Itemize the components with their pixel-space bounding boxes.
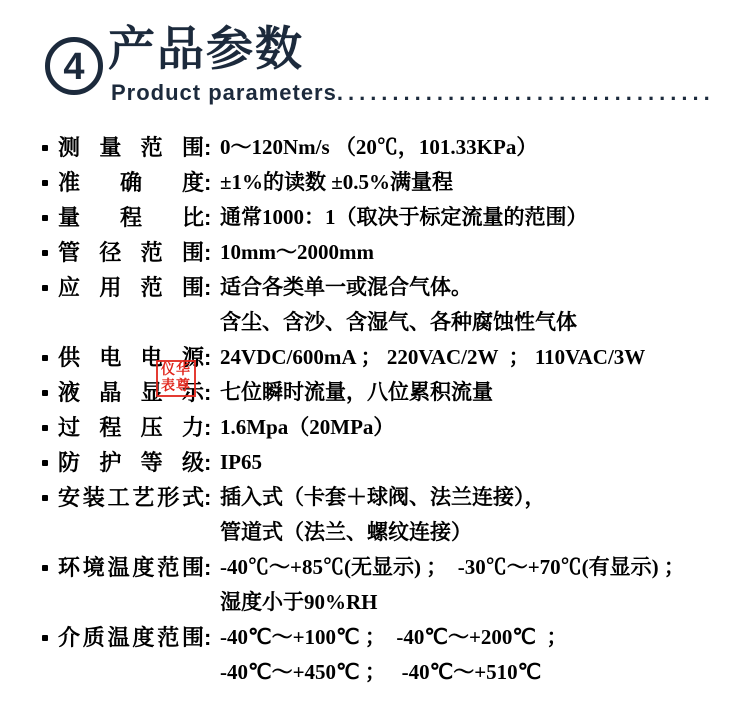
bullet-icon: [40, 200, 58, 235]
spec-label-cell: 准确度:: [58, 165, 220, 200]
watermark-line2: 表尊: [158, 378, 194, 394]
spec-row: 量程比: 通常1000：1（取决于标定流量的范围）: [40, 200, 735, 235]
spec-lines: 通常1000：1（取决于标定流量的范围）: [220, 200, 735, 235]
spec-label-cell: 环境温度范围:: [58, 550, 220, 585]
spec-value-line: 含尘、含沙、含湿气、各种腐蚀性气体: [220, 305, 735, 340]
spec-lines: 插入式（卡套＋球阀、法兰连接），管道式（法兰、螺纹连接）: [220, 480, 735, 550]
section-number-badge: 4: [45, 37, 103, 95]
spec-label-cell: 安装工艺形式:: [58, 480, 220, 515]
spec-row: 测量范围: 0～120Nm/s （20℃，101.33KPa）: [40, 130, 735, 165]
bullet-icon: [40, 620, 58, 655]
spec-colon: :: [204, 130, 211, 165]
leader-dots: ........................................…: [337, 81, 711, 105]
bullet-icon: [40, 410, 58, 445]
spec-value-line: 管道式（法兰、螺纹连接）: [220, 515, 735, 550]
spec-label: 安装工艺形式: [58, 480, 204, 515]
spec-row: 管径范围: 10mm～2000mm: [40, 235, 735, 270]
spec-lines: IP65: [220, 445, 735, 480]
spec-value-line: -40℃～+100℃ ； -40℃～+200℃ ；: [220, 620, 735, 655]
spec-value-line: 插入式（卡套＋球阀、法兰连接），: [220, 480, 735, 515]
spec-colon: :: [204, 445, 211, 480]
spec-value-line: -40℃～+85℃(无显示) ； -30℃～+70℃(有显示) ；: [220, 550, 735, 585]
spec-colon: :: [204, 480, 211, 515]
spec-colon: :: [204, 200, 211, 235]
spec-label: 环境温度范围: [58, 550, 204, 585]
page-subtitle: Product parameters: [111, 81, 337, 105]
spec-value-line: 24VDC/600mA ； 220VAC/2W ； 110VAC/3W: [220, 340, 735, 375]
spec-lines: 七位瞬时流量，八位累积流量: [220, 375, 735, 410]
spec-label-cell: 量程比:: [58, 200, 220, 235]
bullet-icon: [40, 445, 58, 480]
product-parameters-page: 4 产品参数 Product parameters...............…: [0, 0, 749, 712]
spec-row: 环境温度范围: -40℃～+85℃(无显示) ； -30℃～+70℃(有显示) …: [40, 550, 735, 620]
spec-value-line: 湿度小于90%RH: [220, 585, 735, 620]
spec-lines: 24VDC/600mA ； 220VAC/2W ； 110VAC/3W: [220, 340, 735, 375]
spec-row: 液晶显示: 七位瞬时流量，八位累积流量: [40, 375, 735, 410]
spec-value-line: 10mm～2000mm: [220, 235, 735, 270]
spec-row: 供电电源: 24VDC/600mA ； 220VAC/2W ； 110VAC/3…: [40, 340, 735, 375]
spec-colon: :: [204, 375, 211, 410]
spec-row: 准确度: ±1%的读数 ±0.5%满量程: [40, 165, 735, 200]
spec-lines: 适合各类单一或混合气体。含尘、含沙、含湿气、各种腐蚀性气体: [220, 270, 735, 340]
spec-lines: 1.6Mpa（20MPa）: [220, 410, 735, 445]
spec-row: 应用范围: 适合各类单一或混合气体。含尘、含沙、含湿气、各种腐蚀性气体: [40, 270, 735, 340]
spec-value-line: IP65: [220, 445, 735, 480]
spec-colon: :: [204, 620, 211, 655]
spec-lines: -40℃～+85℃(无显示) ； -30℃～+70℃(有显示) ；湿度小于90%…: [220, 550, 735, 620]
bullet-icon: [40, 375, 58, 410]
section-number: 4: [63, 48, 84, 86]
spec-label-cell: 管径范围:: [58, 235, 220, 270]
spec-lines: -40℃～+100℃ ； -40℃～+200℃ ；-40℃～+450℃ ； -4…: [220, 620, 735, 690]
watermark-line1: 仪华: [158, 362, 194, 378]
bullet-icon: [40, 165, 58, 200]
spec-list: 测量范围: 0～120Nm/s （20℃，101.33KPa） 准确度: ±1%…: [40, 130, 735, 690]
bullet-icon: [40, 235, 58, 270]
spec-label: 防护等级: [58, 445, 204, 480]
page-subtitle-row: Product parameters......................…: [111, 81, 711, 105]
spec-row: 安装工艺形式: 插入式（卡套＋球阀、法兰连接），管道式（法兰、螺纹连接）: [40, 480, 735, 550]
bullet-icon: [40, 480, 58, 515]
spec-label: 应用范围: [58, 270, 204, 305]
spec-value-line: 适合各类单一或混合气体。: [220, 270, 735, 305]
spec-label-cell: 防护等级:: [58, 445, 220, 480]
spec-label-cell: 过程压力:: [58, 410, 220, 445]
spec-label-cell: 应用范围:: [58, 270, 220, 305]
spec-colon: :: [204, 270, 211, 305]
spec-value-line: 通常1000：1（取决于标定流量的范围）: [220, 200, 735, 235]
bullet-icon: [40, 340, 58, 375]
spec-value-line: 1.6Mpa（20MPa）: [220, 410, 735, 445]
spec-label: 管径范围: [58, 235, 204, 270]
page-title: 产品参数: [108, 22, 304, 76]
spec-label: 量程比: [58, 200, 204, 235]
spec-value-line: 0～120Nm/s （20℃，101.33KPa）: [220, 130, 735, 165]
bullet-icon: [40, 270, 58, 305]
spec-value-line: 七位瞬时流量，八位累积流量: [220, 375, 735, 410]
spec-value-line: ±1%的读数 ±0.5%满量程: [220, 165, 735, 200]
spec-label: 介质温度范围: [58, 620, 204, 655]
spec-row: 防护等级: IP65: [40, 445, 735, 480]
spec-label: 过程压力: [58, 410, 204, 445]
bullet-icon: [40, 130, 58, 165]
spec-colon: :: [204, 235, 211, 270]
spec-label-cell: 测量范围:: [58, 130, 220, 165]
spec-value-line: -40℃～+450℃ ； -40℃～+510℃: [220, 655, 735, 690]
spec-label: 测量范围: [58, 130, 204, 165]
spec-row: 介质温度范围: -40℃～+100℃ ； -40℃～+200℃ ；-40℃～+4…: [40, 620, 735, 690]
spec-row: 过程压力: 1.6Mpa（20MPa）: [40, 410, 735, 445]
spec-colon: :: [204, 340, 211, 375]
spec-lines: 10mm～2000mm: [220, 235, 735, 270]
spec-label: 准确度: [58, 165, 204, 200]
spec-lines: ±1%的读数 ±0.5%满量程: [220, 165, 735, 200]
spec-colon: :: [204, 410, 211, 445]
watermark-stamp: 仪华 表尊: [156, 360, 196, 397]
spec-colon: :: [204, 550, 211, 585]
spec-lines: 0～120Nm/s （20℃，101.33KPa）: [220, 130, 735, 165]
bullet-icon: [40, 550, 58, 585]
spec-colon: :: [204, 165, 211, 200]
spec-label-cell: 介质温度范围:: [58, 620, 220, 655]
